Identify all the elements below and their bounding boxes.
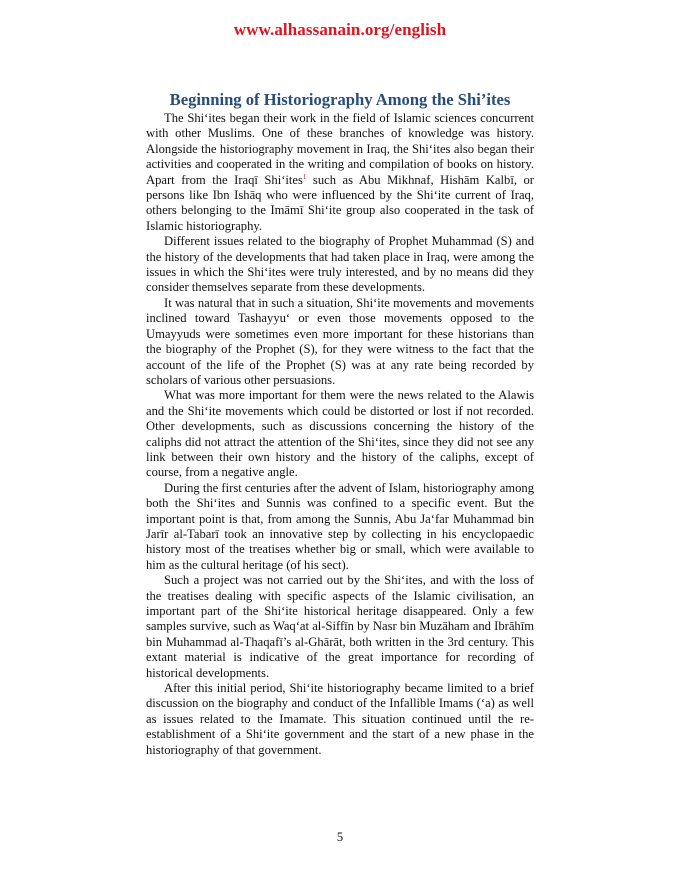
article: Beginning of Historiography Among the Sh… [146, 90, 534, 758]
paragraph-4: What was more important for them were th… [146, 388, 534, 480]
paragraph-6: Such a project was not carried out by th… [146, 573, 534, 681]
paragraph-3: It was natural that in such a situation,… [146, 296, 534, 388]
paragraph-1: The Shi‘ites began their work in the fie… [146, 111, 534, 234]
paragraph-7: After this initial period, Shi‘ite histo… [146, 681, 534, 758]
page-number: 5 [0, 830, 680, 845]
article-title: Beginning of Historiography Among the Sh… [140, 90, 540, 110]
paragraph-5: During the first centuries after the adv… [146, 481, 534, 573]
paragraph-2: Different issues related to the biograph… [146, 234, 534, 296]
site-link[interactable]: www.alhassanain.org/english [0, 20, 680, 40]
